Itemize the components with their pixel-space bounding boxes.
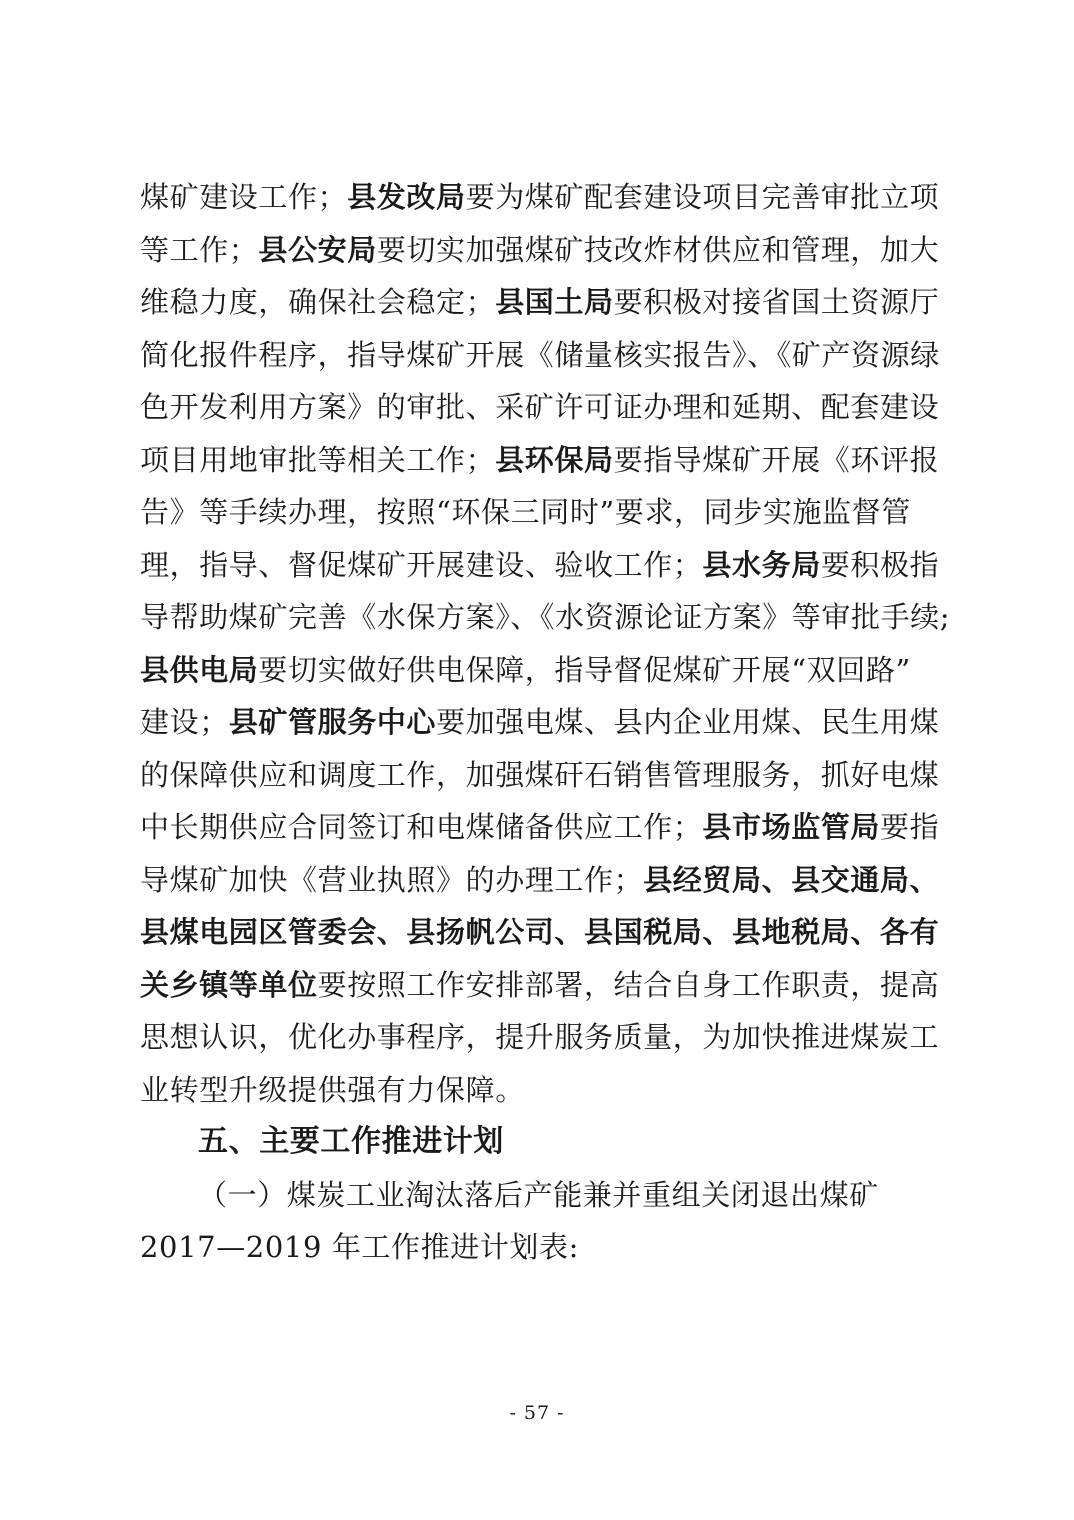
emphasized-text: 县水务局 [702, 548, 820, 582]
body-text-segment: 要加强电煤、县内企业用煤、民生用煤 [436, 705, 939, 739]
emphasized-text: 县矿管服务中心 [229, 705, 436, 739]
emphasized-text: 县供电局 [140, 653, 258, 687]
text-line: 县供电局要切实做好供电保障，指导督促煤矿开展“双回路” [140, 644, 950, 697]
page-number: - 57 - [0, 1402, 1074, 1424]
emphasized-text: 县市场监管局 [702, 810, 880, 844]
body-text-segment: 等工作； [140, 233, 258, 267]
body-text-segment: 简化报件程序，指导煤矿开展《储量核实报告》、《矿产资源绿 [140, 338, 940, 372]
text-line: 中长期供应合同签订和电煤储备供应工作；县市场监管局要指 [140, 801, 950, 854]
text-line: 思想认识，优化办事程序，提升服务质量，为加快推进煤炭工 [140, 1011, 950, 1064]
body-text-segment: 业转型升级提供强有力保障。 [140, 1073, 525, 1107]
text-line: 业转型升级提供强有力保障。 [140, 1064, 950, 1117]
text-line: 导帮助煤矿完善《水保方案》、《水资源论证方案》等审批手续; [140, 591, 950, 644]
body-text-segment: 思想认识，优化办事程序，提升服务质量，为加快推进煤炭工 [140, 1020, 939, 1054]
body-text-segment: 2017—2019 年工作推进计划表: [140, 1230, 579, 1264]
text-line: 的保障供应和调度工作，加强煤矸石销售管理服务，抓好电煤 [140, 749, 950, 802]
body-text-segment: 要为煤矿配套建设项目完善审批立项 [466, 180, 940, 214]
emphasized-text: 县发改局 [347, 180, 465, 214]
body-text-segment: 维稳力度，确保社会稳定； [140, 285, 495, 319]
body-text-segment: 的保障供应和调度工作，加强煤矸石销售管理服务，抓好电煤 [140, 758, 939, 792]
text-line: 色开发利用方案》的审批、采矿许可证办理和延期、配套建设 [140, 381, 950, 434]
text-line: 告》等手续办理，按照“环保三同时”要求，同步实施监督管 [140, 486, 950, 539]
body-text-segment: 导煤矿加快《营业执照》的办理工作； [140, 863, 643, 897]
emphasized-text: 县煤电园区管委会、县扬帆公司、县国税局、县地税局、各有 [140, 915, 939, 949]
text-line: 等工作；县公安局要切实加强煤矿技改炸材供应和管理，加大 [140, 224, 950, 277]
body-text-segment: 理，指导、督促煤矿开展建设、验收工作； [140, 548, 702, 582]
emphasized-text: 县公安局 [258, 233, 376, 267]
document-body: 煤矿建设工作；县发改局要为煤矿配套建设项目完善审批立项等工作；县公安局要切实加强… [140, 171, 950, 1274]
body-text-segment: 要切实做好供电保障，指导督促煤矿开展“双回路” [258, 653, 910, 687]
emphasized-text: 县国土局 [495, 285, 613, 319]
text-line: 2017—2019 年工作推进计划表: [140, 1221, 950, 1274]
body-text-segment: 告》等手续办理，按照“环保三同时”要求，同步实施监督管 [140, 495, 911, 529]
body-text-segment: （一）煤炭工业淘汰落后产能兼并重组关闭退出煤矿 [198, 1178, 879, 1212]
section-heading: 五、主要工作推进计划 [140, 1116, 950, 1169]
text-line: （一）煤炭工业淘汰落后产能兼并重组关闭退出煤矿 [140, 1169, 950, 1222]
text-line: 理，指导、督促煤矿开展建设、验收工作；县水务局要积极指 [140, 539, 950, 592]
text-line: 煤矿建设工作；县发改局要为煤矿配套建设项目完善审批立项 [140, 171, 950, 224]
body-text-segment: 要切实加强煤矿技改炸材供应和管理，加大 [377, 233, 939, 267]
body-text-segment: 要指 [880, 810, 939, 844]
body-text-segment: 要积极对接省国土资源厅 [614, 285, 940, 319]
body-text-segment: 要指导煤矿开展《环评报 [614, 443, 940, 477]
text-line: 维稳力度，确保社会稳定；县国土局要积极对接省国土资源厅 [140, 276, 950, 329]
text-line: 项目用地审批等相关工作；县环保局要指导煤矿开展《环评报 [140, 434, 950, 487]
text-line: 导煤矿加快《营业执照》的办理工作；县经贸局、县交通局、 [140, 854, 950, 907]
body-text-segment: 煤矿建设工作； [140, 180, 347, 214]
body-text-segment: 项目用地审批等相关工作； [140, 443, 495, 477]
text-line: 关乡镇等单位要按照工作安排部署，结合自身工作职责，提高 [140, 959, 950, 1012]
emphasized-text: 五、主要工作推进计划 [198, 1124, 504, 1159]
body-text-segment: 建设； [140, 705, 229, 739]
document-page: 煤矿建设工作；县发改局要为煤矿配套建设项目完善审批立项等工作；县公安局要切实加强… [0, 0, 1074, 1520]
text-line: 县煤电园区管委会、县扬帆公司、县国税局、县地税局、各有 [140, 906, 950, 959]
text-line: 简化报件程序，指导煤矿开展《储量核实报告》、《矿产资源绿 [140, 329, 950, 382]
body-text-segment: 色开发利用方案》的审批、采矿许可证办理和延期、配套建设 [140, 390, 939, 424]
emphasized-text: 县经贸局、县交通局、 [643, 863, 939, 897]
emphasized-text: 关乡镇等单位 [140, 968, 318, 1002]
body-text-segment: 中长期供应合同签订和电煤储备供应工作； [140, 810, 702, 844]
text-line: 建设；县矿管服务中心要加强电煤、县内企业用煤、民生用煤 [140, 696, 950, 749]
body-text-segment: 要积极指 [821, 548, 939, 582]
body-text-segment: 要按照工作安排部署，结合自身工作职责，提高 [318, 968, 940, 1002]
body-text-segment: 导帮助煤矿完善《水保方案》、《水资源论证方案》等审批手续; [140, 600, 950, 634]
emphasized-text: 县环保局 [495, 443, 613, 477]
